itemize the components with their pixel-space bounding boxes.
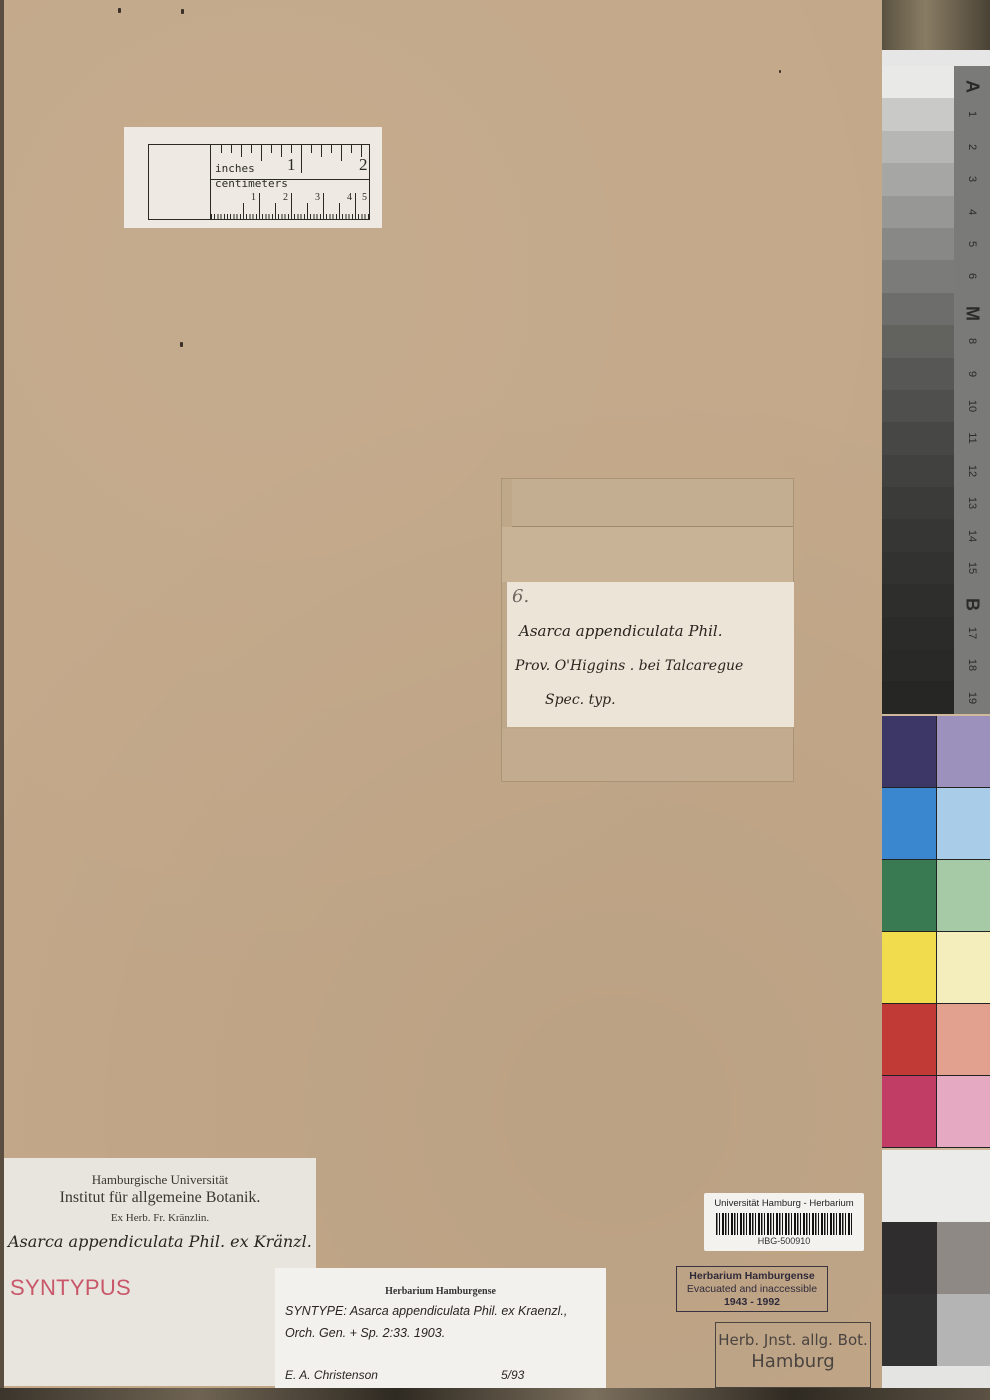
scale-label: 2: [966, 129, 978, 165]
ruler-box: inches 1 2 centimeters 1 2 3 4 5: [148, 144, 370, 220]
institute-label: Hamburgische Universität Institut für al…: [4, 1158, 316, 1386]
scale-label: 10: [966, 388, 978, 424]
gray-patch: [882, 390, 954, 422]
color-patch: [937, 860, 990, 931]
cm-mark: 5: [362, 192, 367, 203]
stamp-line: Herb. Jnst. allg. Bot.: [716, 1329, 870, 1351]
scale-label: 11: [966, 420, 978, 456]
color-patch: [937, 1004, 990, 1075]
scale-label: 15: [966, 550, 978, 586]
debris-speck: [181, 9, 184, 14]
gray-patch: [882, 228, 954, 260]
debris-speck: [118, 8, 121, 13]
dark-row: [882, 1222, 990, 1294]
color-patch: [882, 788, 937, 859]
gray-patch: [882, 131, 954, 163]
gray-patch: [882, 584, 954, 616]
dark-patch: [937, 1222, 990, 1294]
color-calibration-chart: A123456M89101112131415B171819: [882, 0, 990, 1388]
scale-label: 4: [966, 194, 978, 230]
grayscale-patches: [882, 66, 954, 714]
dark-patch: [882, 1294, 937, 1366]
barcode[interactable]: [716, 1213, 852, 1235]
gray-patch: [882, 681, 954, 713]
envelope-fold: [502, 527, 793, 582]
handwritten-taxon: Asarca appendiculata Phil. ex Kränzl.: [8, 1232, 312, 1251]
barcode-title: Universität Hamburg - Herbarium: [704, 1198, 864, 1209]
calibration-bottom-white: [882, 1366, 990, 1388]
color-patch: [937, 788, 990, 859]
determiner: E. A. Christenson: [285, 1368, 378, 1382]
color-patch: [937, 932, 990, 1003]
cm-mark: 2: [283, 192, 288, 203]
gray-patch: [882, 552, 954, 584]
scale-label: 19: [966, 680, 978, 716]
label-number: 6.: [512, 586, 529, 607]
taxon-name: Asarca appendiculata Phil.: [519, 622, 723, 640]
scale-label: 12: [966, 453, 978, 489]
barcode-id: HBG-500910: [704, 1236, 864, 1246]
label-header: Herbarium Hamburgense: [275, 1286, 606, 1297]
color-row: [882, 932, 990, 1004]
calibration-white-patch: [882, 1150, 990, 1222]
dark-row: [882, 1294, 990, 1366]
gray-patch: [882, 455, 954, 487]
scale-label: 3: [966, 161, 978, 197]
ruler-scale-card: inches 1 2 centimeters 1 2 3 4 5: [124, 127, 382, 228]
type-status-stamp: SYNTYPUS: [10, 1275, 131, 1301]
citation-line: Orch. Gen. + Sp. 2:33. 1903.: [285, 1326, 445, 1340]
type-note: Spec. typ.: [545, 692, 616, 708]
gray-patch: [882, 358, 954, 390]
gray-patch: [882, 293, 954, 325]
university-name: Hamburgische Universität: [4, 1172, 316, 1188]
herbarium-hamburgense-label: Herbarium Hamburgense SYNTYPE: Asarca ap…: [275, 1268, 606, 1391]
gray-patch: [882, 649, 954, 681]
color-patch: [882, 932, 937, 1003]
stamp-line: 1943 - 1992: [677, 1296, 827, 1309]
determination-date: 5/93: [501, 1368, 524, 1382]
color-patch: [882, 1076, 937, 1147]
gray-patch: [882, 487, 954, 519]
syntype-line: SYNTYPE: Asarca appendiculata Phil. ex K…: [285, 1304, 567, 1318]
calibration-top-shadow: [882, 0, 990, 50]
scale-label: 17: [966, 615, 978, 651]
locality: Prov. O'Higgins . bei Talcaregue: [515, 658, 743, 674]
inch-mark: 2: [359, 155, 368, 175]
gray-patch: [882, 98, 954, 130]
scale-label: 13: [966, 485, 978, 521]
stamp-line: Herbarium Hamburgense: [677, 1270, 827, 1283]
scale-label: 1: [966, 96, 978, 132]
scale-label: 9: [966, 356, 978, 392]
herbarium-sheet: inches 1 2 centimeters 1 2 3 4 5 6.: [0, 0, 882, 1388]
scale-label: 5: [966, 226, 978, 262]
gray-patch: [882, 519, 954, 551]
cm-mark: 4: [347, 192, 352, 203]
herbarium-origin: Ex Herb. Fr. Kränzlin.: [4, 1212, 316, 1224]
color-row: [882, 860, 990, 932]
cm-mark: 3: [315, 192, 320, 203]
calibration-white-strip: [882, 50, 990, 66]
inch-mark: 1: [287, 155, 296, 175]
debris-speck: [779, 70, 781, 73]
cm-mark: 1: [251, 192, 256, 203]
color-patches: [882, 716, 990, 1148]
stamp-line: Hamburg: [716, 1351, 870, 1373]
debris-speck: [180, 342, 183, 347]
color-row: [882, 788, 990, 860]
color-patch: [937, 716, 990, 787]
color-row: [882, 1004, 990, 1076]
grayscale-scale-labels: A123456M89101112131415B171819: [954, 66, 990, 714]
ruler-blank-area: [149, 145, 211, 219]
scale-label: 8: [966, 323, 978, 359]
gray-patch: [882, 66, 954, 98]
gray-patch: [882, 422, 954, 454]
color-patch: [882, 1004, 937, 1075]
color-row: [882, 1076, 990, 1148]
color-row: [882, 716, 990, 788]
dark-patch: [937, 1294, 990, 1366]
gray-patch: [882, 196, 954, 228]
centimeters-label: centimeters: [215, 177, 288, 190]
gray-patch: [882, 325, 954, 357]
scan-bed-edge: [0, 1388, 990, 1400]
gray-patch: [882, 163, 954, 195]
evacuation-stamp: Herbarium Hamburgense Evacuated and inac…: [676, 1266, 828, 1312]
scale-label: 18: [966, 647, 978, 683]
envelope-bottom: [502, 729, 793, 781]
color-patch: [882, 716, 937, 787]
inches-label: inches: [215, 162, 255, 175]
dark-patch: [882, 1222, 937, 1294]
stamp-line: Evacuated and inaccessible: [677, 1283, 827, 1296]
dark-patches: [882, 1222, 990, 1366]
gray-patch: [882, 617, 954, 649]
institute-stamp: Herb. Jnst. allg. Bot. Hamburg: [715, 1322, 871, 1388]
barcode-label[interactable]: Universität Hamburg - Herbarium HBG-5009…: [704, 1193, 864, 1251]
scale-label: 6: [966, 258, 978, 294]
scale-label: 14: [966, 518, 978, 554]
envelope-flap[interactable]: [512, 479, 793, 527]
gray-patch: [882, 260, 954, 292]
institute-name: Institut für allgemeine Botanik.: [4, 1189, 316, 1207]
determination-label: 6. Asarca appendiculata Phil. Prov. O'Hi…: [507, 582, 794, 727]
color-patch: [882, 860, 937, 931]
color-patch: [937, 1076, 990, 1147]
